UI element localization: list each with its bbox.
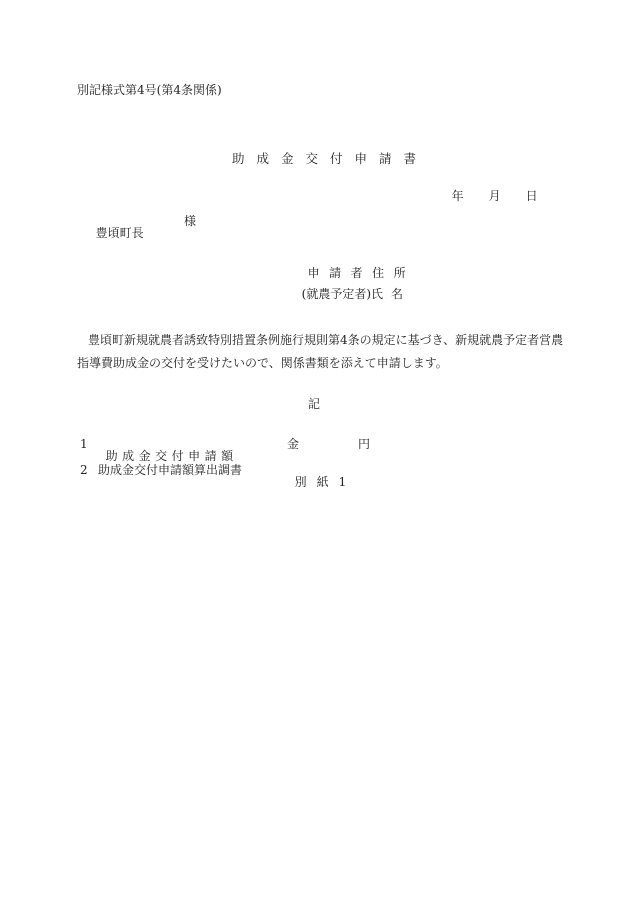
value-char: 別 (295, 476, 317, 488)
item-2-label: 助成金交付申請額算出調書 (98, 464, 242, 476)
body-text-line-2: 指導費助成金の交付を受けたいので、関係書類を添えて申請します。 (77, 357, 448, 369)
title-char: 書 (403, 153, 428, 166)
label-char: 付 (172, 450, 189, 462)
label-char: 請 (205, 450, 222, 462)
label-char: 額 (221, 450, 238, 462)
form-number: 別記様式第4号(第4条関係) (77, 84, 222, 96)
addressee-honorific: 様 (184, 215, 196, 227)
label-char: 氏 (371, 288, 391, 300)
title-char: 成 (256, 153, 281, 166)
title-char: 助 (232, 153, 257, 166)
date-day-label: 日 (526, 190, 538, 202)
body-text-line-1: 豊頃町新規就農者誘致特別措置条例施行規則第4条の規定に基づき、新規就農予定者営農 (88, 334, 563, 346)
applicant-name-label: (就農予定者)氏名 (294, 276, 403, 300)
label-char: 成 (122, 450, 139, 462)
title-char: 交 (305, 153, 330, 166)
date-year-label: 年 (452, 190, 489, 202)
value-char: 1 (339, 476, 361, 488)
label-char: 交 (155, 450, 172, 462)
value-char: 紙 (317, 476, 339, 488)
item-1-number: 1 (80, 438, 88, 450)
title-char: 金 (281, 153, 306, 166)
item-1-label: 助成金交付申請額 (98, 438, 238, 462)
addressee: 豊頃町長 様 (88, 215, 144, 251)
item-2-value: 別紙1 (287, 464, 361, 488)
document-page: { "form_number": "別記様式第4号(第4条関係)", "titl… (0, 0, 630, 915)
date-month-label: 月 (489, 190, 526, 202)
applicant-name-prefix: (就農予定者) (302, 287, 371, 301)
addressee-name: 豊頃町長 (96, 226, 144, 240)
title-char: 付 (330, 153, 355, 166)
ki-heading: 記 (308, 398, 320, 410)
label-char: 申 (188, 450, 205, 462)
document-title: 助成金交付申請書 (224, 140, 428, 165)
label-char: 助 (106, 450, 123, 462)
date-line: 年月日 (444, 178, 538, 202)
label-char: 名 (391, 287, 403, 301)
item-2-number: 2 (80, 464, 88, 476)
title-char: 申 (354, 153, 379, 166)
label-char: 金 (139, 450, 156, 462)
item-1-value-prefix: 金 (287, 438, 299, 450)
title-char: 請 (379, 153, 404, 166)
item-1-value-suffix: 円 (358, 438, 370, 450)
